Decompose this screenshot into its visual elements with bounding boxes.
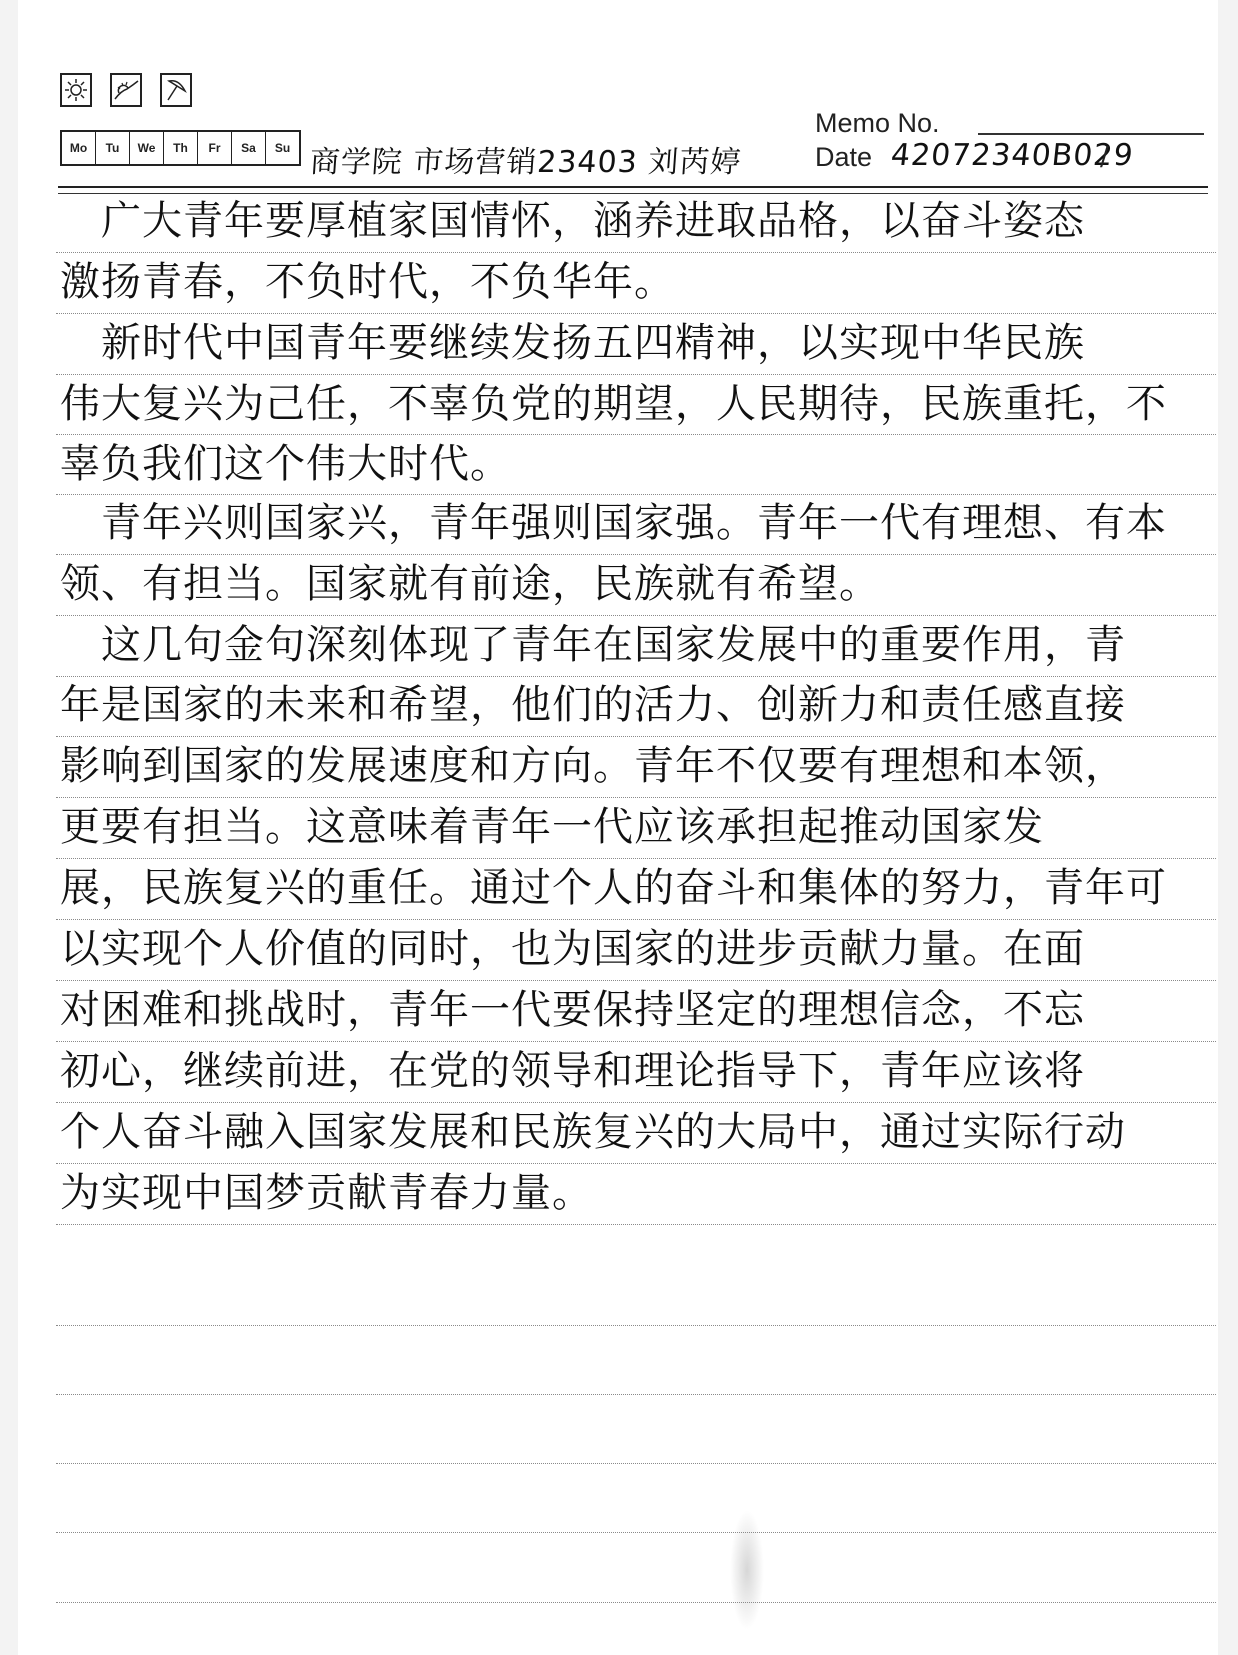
ruled-line [56,313,1216,314]
handwritten-author-info: 商学院 市场营销23403 刘芮婷 [308,137,743,181]
partly-cloudy-icon [110,73,142,107]
weekday-su[interactable]: Su [266,132,299,164]
text-line: 这几句金句深刻体现了青年在国家发展中的重要作用，青 [60,616,1220,674]
weekday-selector: Mo Tu We Th Fr Sa Su [60,130,301,166]
sun-icon [60,73,92,107]
text-line: 广大青年要厚植家国情怀，涵养进取品格，以奋斗姿态 [60,192,1220,250]
header-divider [58,186,1208,188]
ruled-line [56,1325,1216,1326]
weekday-fr[interactable]: Fr [198,132,232,164]
ruled-line [56,615,1216,616]
ruled-line [56,736,1216,737]
text-line: 伟大复兴为己任，不辜负党的期望，人民期待，民族重托，不 [60,375,1220,433]
text-line: 更要有担当。这意味着青年一代应该承担起推动国家发 [60,798,1220,856]
text-line: 个人奋斗融入国家发展和民族复兴的大局中，通过实际行动 [60,1103,1220,1161]
ruled-line [56,374,1216,375]
ruled-line [56,797,1216,798]
ruled-line [56,494,1216,495]
text-line: 对困难和挑战时，青年一代要保持坚定的理想信念，不忘 [60,981,1220,1039]
weekday-we[interactable]: We [130,132,164,164]
memo-number-field[interactable] [978,133,1204,135]
text-line: 以实现个人价值的同时，也为国家的进步贡献力量。在面 [60,920,1220,978]
ruled-line [56,1532,1216,1533]
ruled-line [56,252,1216,253]
text-line: 新时代中国青年要继续发扬五四精神，以实现中华民族 [60,314,1220,372]
date-label: Date [815,142,872,173]
date-separator: / [1100,142,1109,172]
ruled-line [56,1602,1216,1603]
text-line: 年是国家的未来和希望，他们的活力、创新力和责任感直接 [60,676,1220,734]
weather-icons [60,73,192,107]
ruled-line [56,1463,1216,1464]
paper-smudge [730,1510,764,1630]
ruled-line [56,1163,1216,1164]
text-line: 展，民族复兴的重任。通过个人的奋斗和集体的努力，青年可 [60,859,1220,917]
memo-page: Mo Tu We Th Fr Sa Su 商学院 市场营销23403 刘芮婷 M… [18,0,1218,1655]
ruled-line [56,919,1216,920]
ruled-line [56,858,1216,859]
weekday-th[interactable]: Th [164,132,198,164]
ruled-line [56,1224,1216,1225]
text-line: 初心，继续前进，在党的领导和理论指导下，青年应该将 [60,1042,1220,1100]
ruled-line [56,1394,1216,1395]
weekday-sa[interactable]: Sa [232,132,266,164]
ruled-line [56,434,1216,435]
date-value: 42072340B029 [889,138,1135,173]
text-line: 辜负我们这个伟大时代。 [60,435,1220,493]
weekday-tu[interactable]: Tu [96,132,130,164]
ruled-line [56,980,1216,981]
text-line: 青年兴则国家兴，青年强则国家强。青年一代有理想、有本 [60,494,1220,552]
ruled-line [56,554,1216,555]
text-line: 影响到国家的发展速度和方向。青年不仅要有理想和本领， [60,737,1220,795]
text-line: 激扬青春，不负时代，不负华年。 [60,253,1220,311]
ruled-line [56,1102,1216,1103]
text-line: 为实现中国梦贡献青春力量。 [60,1164,1220,1222]
text-line: 领、有担当。国家就有前途，民族就有希望。 [60,555,1220,613]
ruled-line [56,1041,1216,1042]
umbrella-icon [160,73,192,107]
ruled-line [56,676,1216,677]
memo-number-label: Memo No. [815,108,940,139]
weekday-mo[interactable]: Mo [62,132,96,164]
